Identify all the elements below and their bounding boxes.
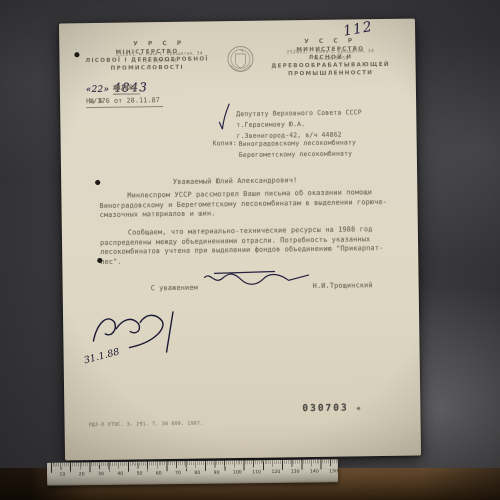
ruler-number: 100	[233, 470, 242, 475]
ruler-number: 80	[194, 471, 200, 476]
reference-block: «22» 01.88 № 4/8- 4843 На № Х/376 от 28.…	[86, 80, 276, 96]
ruler-number: 10	[59, 473, 65, 478]
stamp-number: 030703 ✳	[302, 402, 360, 414]
body-paragraph-1: Минлеспром УССР рассмотрел Ваши письма о…	[99, 188, 387, 221]
ruler-number: 90	[214, 471, 220, 476]
typed-number: 4/8-	[113, 82, 136, 94]
punch-hole	[95, 180, 100, 185]
handwritten-day: «22»	[86, 85, 109, 95]
letterhead-left: У Р С Р МІНІСТЕРСТВОЛІСОВОЇ І ДЕРЕВООБРО…	[85, 39, 233, 66]
ruler: 102030405060708090100110120130140150	[47, 459, 338, 486]
ruler-number: 140	[310, 469, 319, 474]
reply-value: Х/376 от 28.11.87	[86, 95, 163, 108]
salutation: Уважаемый Юлий Александрович!	[99, 175, 371, 187]
punch-hole	[74, 52, 79, 57]
closing-phrase: С уважением	[151, 284, 198, 293]
letterhead-left-ministry: МІНІСТЕРСТВОЛІСОВОЇ І ДЕРЕВООБРОБНОЇПРОМ…	[85, 47, 209, 73]
ruler-number: 60	[156, 471, 162, 476]
print-shop-imprint: РДЗ-П УТОС. З. 291. Т. 30 000. 1987.	[89, 422, 204, 429]
stamp-star-icon: ✳	[356, 404, 360, 412]
ruler-number: 130	[291, 470, 300, 475]
letterhead-right: У С С Р МИНИСТЕРСТВОЛЕСНОЙ И ДЕРЕВООБРАБ…	[253, 37, 407, 64]
letterhead-line: ЛЕСНОЙ И ДЕРЕВООБРАБАТЫВАЮЩЕЙ	[253, 53, 407, 71]
ruler-number: 20	[79, 472, 85, 477]
reference-date-row: «22» 01.88 № 4/8- 4843	[86, 80, 276, 96]
coat-of-arms-icon	[225, 43, 255, 79]
punch-hole	[97, 258, 102, 263]
letterhead-right-ministry: МИНИСТЕРСТВОЛЕСНОЙ И ДЕРЕВООБРАБАТЫВАЮЩЕ…	[253, 45, 407, 79]
handwritten-checkmark-icon	[218, 103, 232, 133]
copy-recipients: Виноградовскому лесокомбинатуБерегометск…	[239, 137, 399, 161]
copy-label: Копия:	[213, 139, 237, 147]
ruler-number: 30	[98, 472, 104, 477]
body-paragraph-2: Сообщаем, что материально-технические ре…	[100, 225, 389, 267]
ruler-number: 40	[117, 472, 123, 477]
ruler-number: 110	[252, 470, 261, 475]
signer-name: Н.И.Трощинский	[313, 281, 373, 290]
handwritten-signature	[200, 270, 312, 292]
document-paper: 112 У Р С Р МІНІСТЕРСТВОЛІСОВОЇ І ДЕРЕВО…	[59, 19, 421, 461]
ruler-number: 150	[329, 469, 338, 474]
photo-background: 112 У Р С Р МІНІСТЕРСТВОЛІСОВОЇ І ДЕРЕВО…	[0, 0, 500, 500]
stamp-digits: 030703	[302, 402, 348, 414]
ruler-number: 70	[175, 471, 181, 476]
ruler-number: 120	[271, 470, 280, 475]
ruler-number: 50	[137, 472, 143, 477]
copy-line: Берегометскому лесокомбинату	[239, 148, 399, 161]
